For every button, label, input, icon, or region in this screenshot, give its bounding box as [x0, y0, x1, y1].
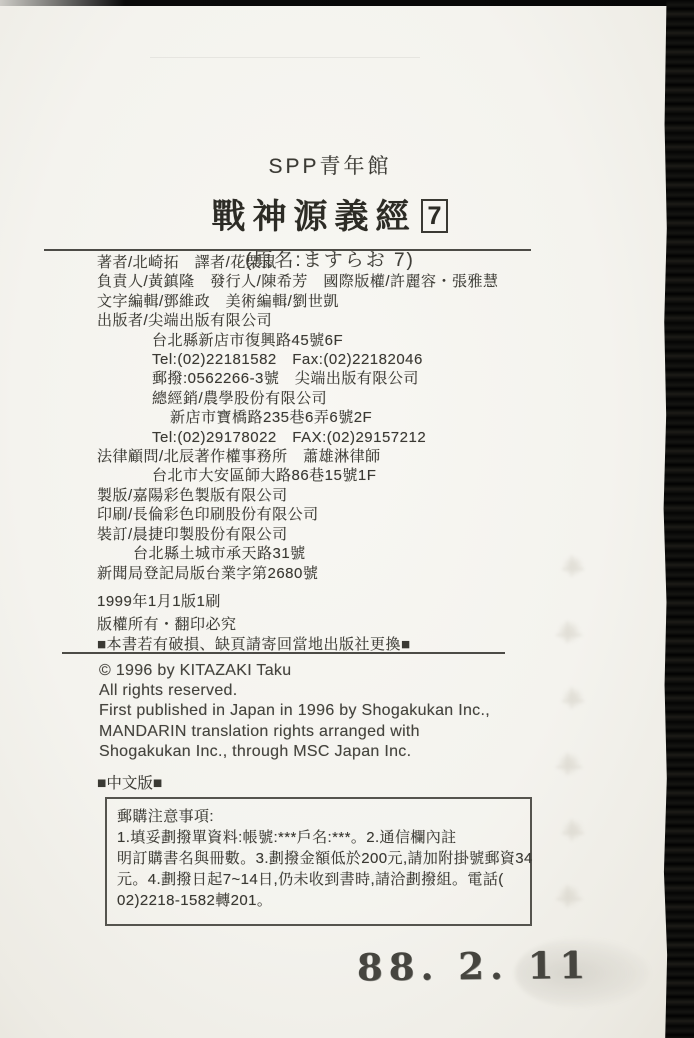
credit-line-dist-tel: Tel:(02)29178022 FAX:(02)29157212: [97, 428, 499, 447]
credit-line-platemaking: 製版/嘉陽彩色製版有限公司: [97, 486, 499, 505]
book-title: 戰神源義經7: [0, 189, 660, 238]
mail-order-line-2: 明訂購書名與冊數。3.劃撥金額低於200元,請加附掛號郵資34: [117, 848, 521, 869]
translation-line: MANDARIN translation rights arranged wit…: [99, 722, 490, 742]
credit-line-publisher: 出版者/尖端出版有限公司: [97, 311, 499, 330]
credit-line-printing: 印刷/長倫彩色印刷股份有限公司: [97, 505, 499, 524]
credit-line-dist-address: 新店市寶橋路235巷6弄6號2F: [97, 408, 499, 427]
book-title-text: 戰神源義經: [212, 198, 417, 236]
scanned-colophon-page: SPP青年館 戰神源義經7 (原名:ますらお 7) 著者/北崎拓 譯者/花栗鼠 …: [0, 0, 694, 1038]
page-bleedthrough: [548, 555, 608, 935]
through-line: Shogakukan Inc., through MSC Japan Inc.: [99, 742, 490, 762]
volume-number-box: 7: [421, 199, 449, 233]
divider-above-english: [62, 652, 505, 654]
credit-line-registration: 新聞局登記局版台業字第2680號: [97, 564, 499, 583]
credit-line-binding: 裝訂/晨捷印製股份有限公司: [97, 525, 499, 544]
mail-order-line-3: 元。4.劃撥日起7~14日,仍未收到書時,請洽劃撥組。電話(: [117, 869, 521, 890]
mail-order-line-1: 1.填妥劃撥單資料:帳號:***戶名:***。2.通信欄內註: [117, 827, 521, 848]
credit-line-legal-address: 台北市大安區師大路86巷15號1F: [97, 466, 499, 485]
credit-line-tel-fax: Tel:(02)22181582 Fax:(02)22182046: [97, 350, 499, 369]
scan-edge-top: [0, 0, 694, 6]
divider-under-title: [44, 249, 531, 251]
chinese-edition-label: ■中文版■: [97, 771, 162, 793]
copyright-line: © 1996 by KITAZAKI Taku: [99, 661, 490, 681]
credit-line-legal: 法律顧問/北辰著作權事務所 蕭雄淋律師: [97, 447, 499, 466]
credit-line-distributor: 總經銷/農學股份有限公司: [97, 389, 499, 408]
credit-line-publisher-people: 負責人/黃鎮隆 發行人/陳希芳 國際版權/許麗容・張雅慧: [97, 272, 499, 291]
rights-notice: 版權所有・翻印必究: [97, 615, 499, 634]
edition-line: 1999年1月1版1刷: [97, 592, 499, 611]
date-stamp: 88. 2. 11: [357, 943, 592, 989]
scan-edge-right: [662, 0, 694, 1038]
imprint-label: SPP青年館: [0, 150, 660, 180]
english-copyright-block: © 1996 by KITAZAKI Taku All rights reser…: [99, 661, 490, 762]
mail-order-heading: 郵購注意事項:: [117, 806, 521, 827]
first-pub-line: First published in Japan in 1996 by Shog…: [99, 701, 490, 721]
credits-block: 著者/北崎拓 譯者/花栗鼠 負責人/黃鎮隆 發行人/陳希芳 國際版權/許麗容・張…: [97, 253, 499, 654]
credit-line-author: 著者/北崎拓 譯者/花栗鼠: [97, 253, 499, 272]
credit-line-editors: 文字編輯/鄧維政 美術編輯/劉世凱: [97, 292, 499, 311]
mail-order-notice-box: 郵購注意事項: 1.填妥劃撥單資料:帳號:***戶名:***。2.通信欄內註 明…: [105, 797, 532, 926]
credit-line-binding-address: 台北縣土城市承天路31號: [97, 544, 499, 563]
rights-line: All rights reserved.: [99, 681, 490, 701]
credit-line-postal: 郵撥:0562266-3號 尖端出版有限公司: [97, 369, 499, 388]
mail-order-line-4: 02)2218-1582轉201。: [117, 890, 521, 911]
credit-line-address: 台北縣新店市復興路45號6F: [97, 331, 499, 350]
scan-artifact-line: [150, 57, 420, 58]
